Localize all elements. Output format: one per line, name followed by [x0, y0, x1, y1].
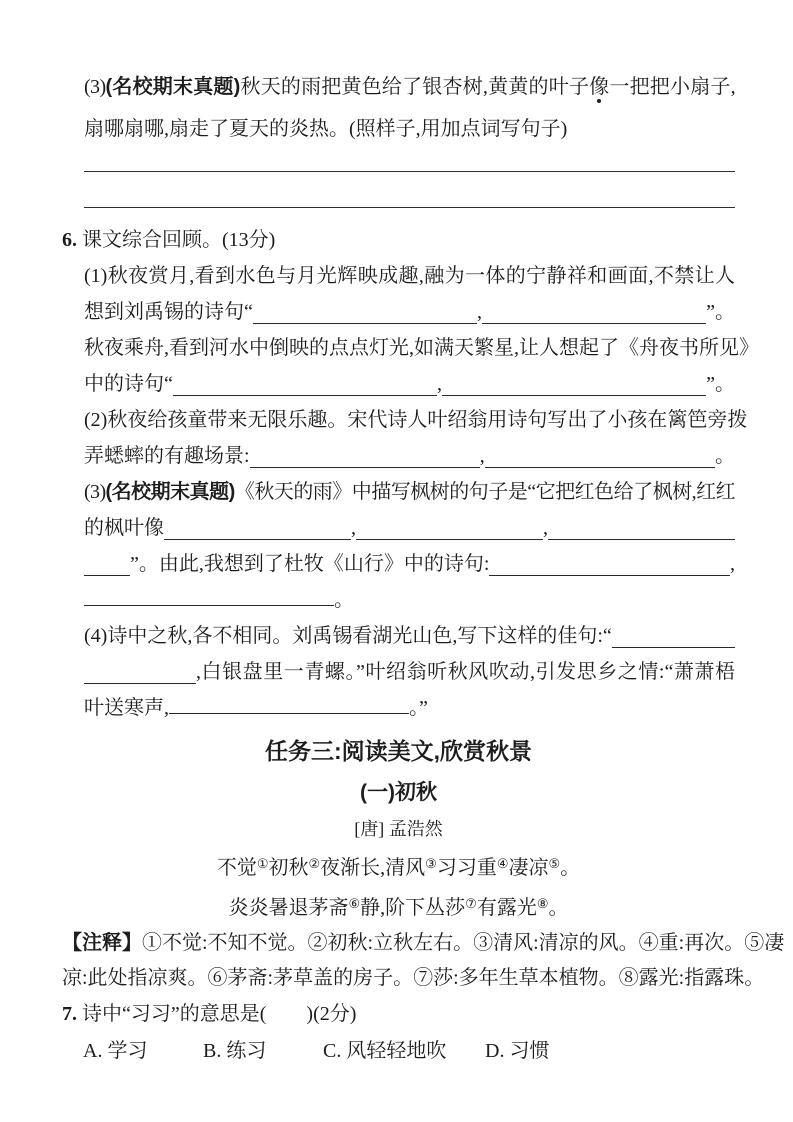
question5-part3: (3)(名校期末真题)秋天的雨把黄色给了银杏树,黄黄的叶子像一把把小扇子, 扇哪…	[62, 66, 735, 208]
part-label: (3)	[84, 481, 106, 503]
notes-label: 【注释】	[62, 932, 142, 954]
question7: 7. 诗中“习习”的意思是( )(2分) A.学习 B.练习 C.风轻轻地吹 D…	[62, 996, 735, 1070]
footnote-marker: ⑧	[537, 896, 549, 911]
option-label: B.	[203, 1040, 221, 1062]
q6-sub3-line3: ”。由此,我想到了杜牧《山行》中的诗句: ,	[84, 546, 735, 582]
line-text: 叶送寒声,	[84, 697, 169, 719]
footnote-marker: ⑤	[548, 856, 560, 871]
answer-blank	[482, 297, 706, 324]
q6-sub3-line2: 的枫叶像 , ,	[84, 510, 735, 546]
q6-sub4-line1: (4)诗中之秋,各不相同。刘禹锡看湖光山色,写下这样的佳句:“	[84, 618, 735, 654]
worksheet-page: (3)(名校期末真题)秋天的雨把黄色给了银杏树,黄黄的叶子像一把把小扇子, 扇哪…	[0, 0, 793, 1122]
option-label: C.	[323, 1040, 341, 1062]
sample-sentence-line2: 扇哪扇哪,扇走了夏天的炎热。(照样子,用加点词写句子)	[84, 108, 735, 150]
option-b: B.练习	[203, 1033, 318, 1070]
line-text: (4)诗中之秋,各不相同。刘禹锡看湖光山色,写下这样的佳句:“	[84, 618, 612, 654]
notes-line1: 【注释】①不觉:不知不觉。②初秋:立秋左右。③清风:清凉的风。④重:再次。⑤凄	[62, 926, 735, 961]
footnote-marker: ⑥	[349, 896, 361, 911]
poem-text: 夜渐长,清风	[320, 857, 425, 879]
answer-blank	[612, 621, 735, 648]
poem-line1: 不觉①初秋②夜渐长,清风③习习重④凄凉⑤。	[62, 846, 735, 886]
sentence-text: 秋天的雨把黄色给了银杏树,黄黄的叶子	[240, 76, 589, 98]
answer-blank	[548, 513, 735, 540]
line-text: 。”	[409, 697, 428, 719]
question7-stem: 7. 诗中“习习”的意思是( )(2分)	[62, 996, 735, 1033]
answer-blank	[485, 441, 715, 468]
sentence-text: 一把把小扇子,	[609, 76, 735, 98]
answer-blank	[356, 513, 543, 540]
question6-header: 6. 课文综合回顾。(13分)	[62, 222, 735, 258]
option-text: 习惯	[509, 1040, 549, 1062]
q6-sub2-line1: (2)秋夜给孩童带来无限乐趣。宋代诗人叶绍翁用诗句写出了小孩在篱笆旁拨	[84, 402, 735, 438]
task3-reading-section: 任务三:阅读美文,欣赏秋景 (一)初秋 [唐] 孟浩然 不觉①初秋②夜渐长,清风…	[62, 732, 735, 926]
line-text: ”。由此,我想到了杜牧《山行》中的诗句:	[130, 546, 489, 582]
option-a: A.学习	[83, 1033, 198, 1070]
footnote-marker: ⑦	[465, 896, 477, 911]
question7-options: A.学习 B.练习 C.风轻轻地吹 D.习惯	[83, 1033, 735, 1070]
emphasis-dotted-word: 像	[589, 76, 609, 98]
poem-text: 静,阶下丛莎	[360, 897, 465, 919]
poem-text: 炎炎暑退茅斋	[229, 897, 349, 919]
option-text: 练习	[226, 1040, 266, 1062]
line-text: 《秋天的雨》中描写枫树的句子是“它把红色给了枫树,红红	[235, 481, 735, 503]
answer-blank	[442, 369, 706, 396]
option-text: 学习	[107, 1040, 147, 1062]
stem-text: 诗中“习习”的意思是( )(2分)	[82, 1003, 356, 1025]
notes-text: ①不觉:不知不觉。②初秋:立秋左右。③清风:清凉的风。④重:再次。⑤凄	[142, 932, 784, 954]
poem-text: 有露光	[477, 897, 537, 919]
poem-text: 初秋	[269, 857, 309, 879]
footnote-marker: ①	[257, 856, 269, 871]
section-heading: 任务三:阅读美文,欣赏秋景	[62, 732, 735, 770]
line-text: 的枫叶像	[84, 510, 164, 546]
notes-line2: 凉:此处指凉爽。⑥茅斋:茅草盖的房子。⑦莎:多年生草本植物。⑧露光:指露珠。	[62, 961, 735, 996]
option-c: C.风轻轻地吹	[323, 1033, 480, 1070]
poem-author: [唐] 孟浩然	[62, 812, 735, 846]
answer-blank	[164, 513, 351, 540]
line-text: ”。	[706, 366, 735, 402]
footnote-marker: ③	[425, 856, 437, 871]
line-text: 中的诗句“	[84, 366, 173, 402]
q6-sub4-line3: 叶送寒声,。”	[84, 690, 735, 726]
option-text: 风轻轻地吹	[346, 1040, 446, 1062]
line-text: 想到刘禹锡的诗句“	[84, 294, 253, 330]
answer-blank-continuation	[84, 657, 196, 684]
q6-sub3-line1: (3)(名校期末真题)《秋天的雨》中描写枫树的句子是“它把红色给了枫树,红红	[84, 474, 735, 510]
footnote-marker: ②	[309, 856, 321, 871]
answer-blank	[173, 369, 437, 396]
line-text: 弄蟋蟀的有趣场景:	[84, 438, 250, 474]
line-text: ”。	[706, 294, 735, 330]
option-label: A.	[83, 1040, 102, 1062]
answer-writing-line	[84, 171, 735, 172]
q6-sub1-line2: 想到刘禹锡的诗句“ , ”。	[84, 294, 735, 330]
question-number: 6.	[62, 229, 77, 251]
exam-source-tag: (名校期末真题)	[106, 76, 240, 98]
q6-sub3-line4: 。	[84, 582, 735, 618]
poem-text: 。	[560, 857, 580, 879]
q6-sub2-line2: 弄蟋蟀的有趣场景: , 。	[84, 438, 735, 474]
answer-blank	[250, 441, 480, 468]
sample-sentence-line1: (3)(名校期末真题)秋天的雨把黄色给了银杏树,黄黄的叶子像一把把小扇子,	[84, 66, 735, 108]
answer-blank-continuation	[84, 591, 334, 606]
line-text: 。	[334, 589, 354, 611]
poem-text: 习习重	[437, 857, 497, 879]
part-label: (3)	[84, 76, 106, 98]
footnote-marker: ④	[497, 856, 509, 871]
line-text: 。	[715, 438, 735, 474]
answer-blank	[169, 699, 409, 714]
line-text: ,白银盘里一青螺。”叶绍翁听秋风吹动,引发思乡之情:“萧萧梧	[196, 654, 735, 690]
poem-line2: 炎炎暑退茅斋⑥静,阶下丛莎⑦有露光⑧。	[62, 886, 735, 926]
answer-blank-continuation	[84, 549, 130, 576]
exam-source-tag: (名校期末真题)	[106, 481, 235, 503]
answer-blank	[253, 297, 477, 324]
option-label: D.	[485, 1040, 504, 1062]
q6-sub1-line1: (1)秋夜赏月,看到水色与月光辉映成趣,融为一体的宁静祥和画面,不禁让人	[84, 258, 735, 294]
poem-text: 。	[548, 897, 568, 919]
poem-notes: 【注释】①不觉:不知不觉。②初秋:立秋左右。③清风:清凉的风。④重:再次。⑤凄 …	[62, 926, 735, 996]
question-number: 7.	[62, 1003, 77, 1025]
poem-text: 不觉	[217, 857, 257, 879]
q6-sub1-line3: 秋夜乘舟,看到河水中倒映的点点灯光,如满天繁星,让人想起了《舟夜书所见》	[84, 330, 735, 366]
option-d: D.习惯	[485, 1033, 549, 1070]
poem-text: 凄凉	[508, 857, 548, 879]
q6-sub4-line2: ,白银盘里一青螺。”叶绍翁听秋风吹动,引发思乡之情:“萧萧梧	[84, 654, 735, 690]
answer-blank	[489, 549, 730, 576]
answer-writing-line	[84, 207, 735, 208]
separator-comma: ,	[730, 546, 735, 582]
q6-sub1-line4: 中的诗句“ , ”。	[84, 366, 735, 402]
question-title: 课文综合回顾。(13分)	[82, 229, 275, 251]
question6: 6. 课文综合回顾。(13分) (1)秋夜赏月,看到水色与月光辉映成趣,融为一体…	[62, 222, 735, 726]
poem-title: (一)初秋	[62, 776, 735, 810]
